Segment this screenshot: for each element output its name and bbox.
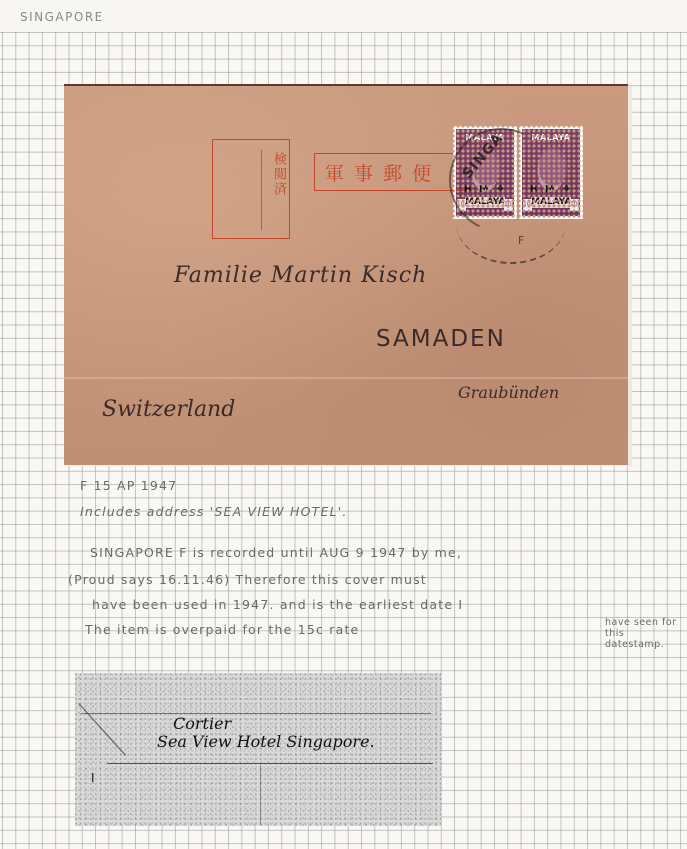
envelope-cover: 検閲済 軍事郵便 MALAYA B M A MALAYA 10c 10c MAL… bbox=[64, 84, 628, 465]
note-date: F 15 AP 1947 bbox=[80, 478, 177, 493]
envelope-back-photocopy: Cortier Sea View Hotel Singapore. I bbox=[75, 673, 441, 826]
seam-line bbox=[260, 765, 261, 825]
address-canton: Graubünden bbox=[458, 383, 559, 402]
note-line: (Proud says 16.11.46) Therefore this cov… bbox=[68, 572, 427, 587]
photocopy-sender-label: Cortier bbox=[173, 714, 231, 733]
flap-line bbox=[107, 763, 433, 764]
military-mail-cachet: 軍事郵便 bbox=[314, 153, 465, 191]
address-town: SAMADEN bbox=[376, 326, 506, 352]
note-address: Includes address 'SEA VIEW HOTEL'. bbox=[80, 504, 348, 519]
note-line: SINGAPORE F is recorded until AUG 9 1947… bbox=[90, 545, 462, 560]
album-page-header: SINGAPORE bbox=[20, 10, 104, 24]
envelope-fold bbox=[64, 377, 628, 379]
postmark-code: F bbox=[518, 234, 524, 247]
note-aside: have seen for this datestamp. bbox=[605, 617, 685, 650]
photocopy-mark: I bbox=[91, 771, 95, 785]
censor-chop-text: 検閲済 bbox=[269, 152, 288, 197]
note-line: The item is overpaid for the 15c rate bbox=[85, 622, 359, 637]
address-country: Switzerland bbox=[102, 397, 235, 422]
stamp-value: 10c bbox=[570, 199, 579, 211]
photocopy-sender-address: Sea View Hotel Singapore. bbox=[157, 732, 375, 751]
flap-diagonal bbox=[78, 703, 126, 756]
note-line: have been used in 1947. and is the earli… bbox=[92, 597, 463, 612]
censor-chop-divider bbox=[261, 150, 262, 230]
flap-line bbox=[81, 713, 431, 714]
address-addressee: Familie Martin Kisch bbox=[174, 263, 427, 288]
censor-chop: 検閲済 bbox=[212, 139, 290, 239]
postmark-arc-icon bbox=[456, 182, 566, 264]
